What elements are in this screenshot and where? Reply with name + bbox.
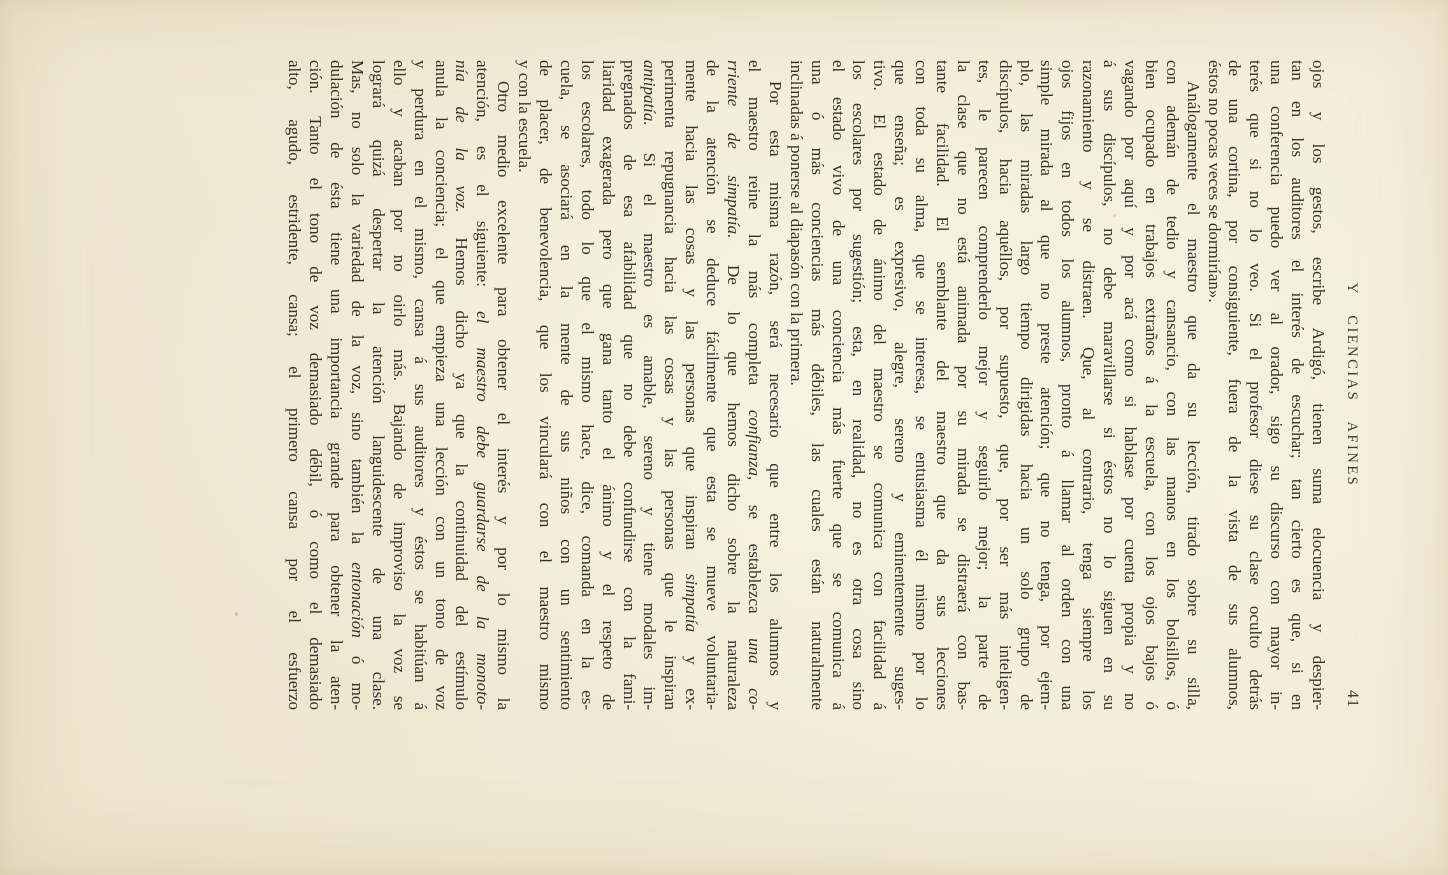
text-segment: Mas, no solo la variedad de la voz, sino…: [348, 60, 367, 562]
text-line: los escolares por sugestión; esta, en re…: [848, 60, 869, 710]
text-segment: ello y acaban por no oirlo más. Bajando …: [390, 60, 409, 710]
text-segment: se establezca: [745, 480, 764, 638]
text-line: ojos y los gestos, escribe Ardigó, tiene…: [1307, 60, 1328, 710]
running-head-title: Y CIENCIAS AFINES: [1343, 60, 1360, 710]
italic-text-segment: confianza,: [745, 410, 764, 480]
text-segment: Por esta misma razón, será necesario que…: [766, 81, 785, 710]
page-number: 41: [1343, 690, 1361, 708]
text-line: y con la escuela.: [513, 60, 534, 710]
text-line: rriente de simpatía. De lo que hemos dic…: [722, 60, 743, 710]
text-line: que enseña; es expresivo, alegre, sereno…: [889, 60, 910, 710]
text-segment: mente hacia las cosas y las personas que…: [682, 60, 701, 574]
text-segment: terés que si no lo veo. Si el profesor d…: [1246, 60, 1265, 710]
text-segment: logrará quizá despertar la atención lang…: [369, 60, 388, 710]
text-line: el maestro reine la más completa confian…: [743, 60, 764, 710]
text-segment: dulación de ésta tiene una importancia g…: [327, 60, 346, 710]
text-segment: con toda su alma, que se interesa, se en…: [912, 60, 931, 710]
text-segment: inclinadas á ponerse al diapasón con la …: [787, 60, 806, 386]
text-segment: ó mo-: [348, 638, 367, 710]
text-line: con toda su alma, que se interesa, se en…: [910, 60, 931, 710]
italic-text-segment: nía de la voz.: [452, 60, 471, 213]
text-segment: la clase que no está animada por su mira…: [954, 60, 973, 710]
scanned-book-page: { "page": { "running_head": "Y CIENCIAS …: [0, 0, 1448, 875]
text-line: de una cortina, por consiguiente, fuera …: [1224, 60, 1245, 710]
text-line: antipatía. Si el maestro es amable, sere…: [639, 60, 660, 710]
paper-speckle: [1350, 700, 1352, 702]
italic-text-segment: una co-: [745, 638, 764, 710]
text-segment: y con la escuela.: [515, 60, 534, 172]
text-line: liaridad exagerada pero que gana tanto e…: [597, 60, 618, 710]
paper-speckle: [235, 612, 238, 616]
text-line: y perdura en el mismo, cansa á sus audit…: [409, 60, 430, 710]
text-line: inclinadas á ponerse al diapasón con la …: [785, 60, 806, 710]
text-line: plo, las miradas largo tiempo dirigidas …: [1015, 60, 1036, 710]
text-line: vagando por aquí y por acá como si habla…: [1119, 60, 1140, 710]
text-line: Otro medio excelente para obtener el int…: [492, 60, 513, 710]
text-segment: tivo. El estado de ánimo del maestro se …: [870, 60, 889, 710]
text-segment: vagando por aquí y por acá como si habla…: [1121, 60, 1140, 710]
text-line: la clase que no está animada por su mira…: [952, 60, 973, 710]
text-line: con ademán de tedio y cansancio, con las…: [1161, 60, 1182, 710]
text-line: dulación de ésta tiene una importancia g…: [325, 60, 346, 710]
text-line: tivo. El estado de ánimo del maestro se …: [868, 60, 889, 710]
text-segment: de una cortina, por consiguiente, fuera …: [1225, 60, 1244, 710]
text-segment: con ademán de tedio y cansancio, con las…: [1163, 60, 1182, 710]
text-segment: tante facilidad. El semblante del maestr…: [933, 60, 952, 710]
text-segment: liaridad exagerada pero que gana tanto e…: [599, 60, 618, 710]
text-segment: razonamiento y se distraen. Que, al cont…: [1079, 60, 1098, 710]
text-segment: los escolares, todo lo que el mismo hace…: [578, 60, 597, 710]
text-line: de la atención se deduce fácilmente que …: [701, 60, 722, 710]
text-line: los escolares, todo lo que el mismo hace…: [576, 60, 597, 710]
text-line: discípulos, hacia aquéllos, por supuesto…: [994, 60, 1015, 710]
text-segment: cuela, se asociará en la mente de sus ni…: [557, 60, 576, 710]
text-line: terés que si no lo veo. Si el profesor d…: [1244, 60, 1265, 710]
text-line: á sus discípulos, no debe maravillarse s…: [1098, 60, 1119, 710]
text-segment: plo, las miradas largo tiempo dirigidas …: [1017, 60, 1036, 710]
italic-text-segment: simpatía: [682, 574, 701, 633]
text-segment: el estado vivo de una conciencia más fue…: [829, 60, 848, 710]
text-line: Por esta misma razón, será necesario que…: [764, 60, 785, 710]
text-line: pregnados de esa afabilidad que no debe …: [618, 60, 639, 710]
text-line: anula la conciencia; el que empieza una …: [430, 60, 451, 710]
text-line: ello y acaban por no oirlo más. Bajando …: [388, 60, 409, 710]
text-line: éstos no pocas veces se dormirían».: [1203, 60, 1224, 710]
text-line: el estado vivo de una conciencia más fue…: [827, 60, 848, 710]
text-segment: de la atención se deduce fácilmente que …: [703, 60, 722, 710]
text-line: logrará quizá despertar la atención lang…: [367, 60, 388, 710]
text-segment: el maestro reine la más completa: [745, 60, 764, 410]
text-line: una ó más conciencias más débiles, las c…: [806, 60, 827, 710]
text-segment: Otro medio excelente para obtener el int…: [494, 81, 513, 710]
page-body-text: ojos y los gestos, escribe Ardigó, tiene…: [283, 60, 1328, 710]
paper-speckle: [1113, 214, 1116, 217]
text-segment: De lo que hemos dicho sobre la naturalez…: [724, 238, 743, 710]
text-segment: ojos y los gestos, escribe Ardigó, tiene…: [1309, 60, 1328, 710]
text-segment: bien ocupado en trabajos extraños á la e…: [1142, 60, 1161, 710]
text-line: tan en los auditores el interés de escuc…: [1286, 60, 1307, 710]
text-line: Mas, no solo la variedad de la voz, sino…: [346, 60, 367, 710]
text-line: bien ocupado en trabajos extraños á la e…: [1140, 60, 1161, 710]
text-segment: y ex-: [682, 632, 701, 710]
paper-sheet: Y CIENCIAS AFINES 41 ojos y los gestos, …: [0, 0, 1448, 875]
text-line: razonamiento y se distraen. Que, al cont…: [1077, 60, 1098, 710]
text-line: nía de la voz. Hemos dicho ya que la con…: [451, 60, 472, 710]
text-segment: los escolares por sugestión; esta, en re…: [849, 60, 868, 710]
text-segment: Si el maestro es amable, sereno y tiene …: [641, 126, 660, 710]
text-segment: discípulos, hacia aquéllos, por supuesto…: [996, 60, 1015, 710]
text-segment: Hemos dicho ya que la continuidad del es…: [452, 213, 471, 710]
text-line: una conferencia puedo ver al orador, sig…: [1265, 60, 1286, 710]
text-line: ción. Tanto el tono de voz demasiado déb…: [304, 60, 325, 710]
text-segment: atención, es el siguiente:: [473, 60, 492, 311]
text-line: mente hacia las cosas y las personas que…: [680, 60, 701, 710]
text-line: atención, es el siguiente: el maestro de…: [471, 60, 492, 710]
italic-text-segment: entonación: [348, 562, 367, 638]
text-line: simple mirada al que no preste atención;…: [1036, 60, 1057, 710]
text-line: alto, agudo, estridente, cansa; el prime…: [283, 60, 304, 710]
text-segment: una ó más conciencias más débiles, las c…: [808, 60, 827, 710]
text-line: tes, le parecen comprenderlo mejor y seg…: [973, 60, 994, 710]
text-segment: ción. Tanto el tono de voz demasiado déb…: [306, 60, 325, 710]
text-segment: ojos fijos en todos los alumnos, pronto …: [1058, 60, 1077, 710]
text-line: ojos fijos en todos los alumnos, pronto …: [1056, 60, 1077, 710]
text-segment: alto, agudo, estridente, cansa; el prime…: [285, 60, 304, 710]
italic-text-segment: rriente de simpatía.: [724, 60, 743, 238]
text-segment: que enseña; es expresivo, alegre, sereno…: [891, 60, 910, 710]
text-segment: á sus discípulos, no debe maravillarse s…: [1100, 60, 1119, 710]
text-segment: perimenta repugnancia hacia las cosas y …: [661, 60, 680, 710]
text-line: Análogamente el maestro que da su lecció…: [1182, 60, 1203, 710]
running-head-row: Y CIENCIAS AFINES 41: [1338, 60, 1360, 710]
text-line: cuela, se asociará en la mente de sus ni…: [555, 60, 576, 710]
italic-text-segment: antipatía.: [641, 60, 660, 126]
text-line: tante facilidad. El semblante del maestr…: [931, 60, 952, 710]
text-segment: tes, le parecen comprenderlo mejor y seg…: [975, 60, 994, 710]
text-segment: pregnados de esa afabilidad que no debe …: [620, 60, 639, 710]
text-line: de placer, de benevolencia, que los vinc…: [534, 60, 555, 710]
text-segment: éstos no pocas veces se dormirían».: [1205, 60, 1224, 303]
text-segment: y perdura en el mismo, cansa á sus audit…: [411, 60, 430, 710]
text-segment: simple mirada al que no preste atención;…: [1037, 60, 1056, 710]
text-segment: una conferencia puedo ver al orador, sig…: [1267, 60, 1286, 710]
text-segment: tan en los auditores el interés de escuc…: [1288, 60, 1307, 710]
text-line: perimenta repugnancia hacia las cosas y …: [660, 60, 681, 710]
text-segment: Análogamente el maestro que da su lecció…: [1184, 81, 1203, 710]
text-segment: anula la conciencia; el que empieza una …: [432, 60, 451, 710]
text-segment: de placer, de benevolencia, que los vinc…: [536, 60, 555, 710]
italic-text-segment: el maestro debe guardarse de la monoto-: [473, 311, 492, 710]
